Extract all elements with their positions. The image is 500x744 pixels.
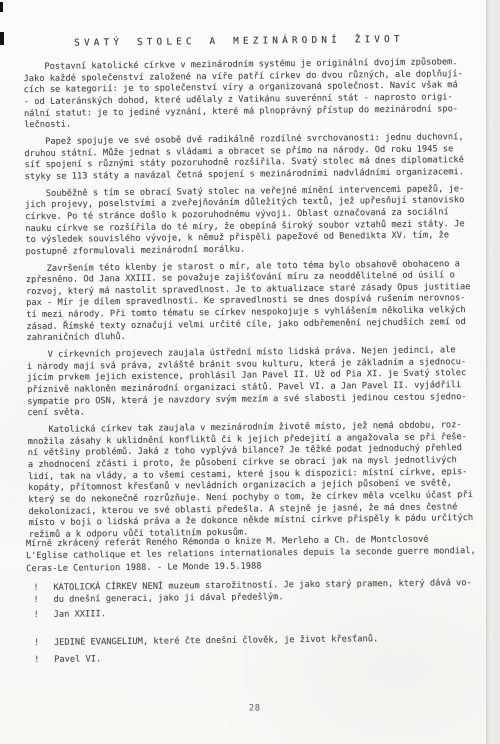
quote-marker: ! ! xyxy=(29,583,53,607)
paragraph: Katolická církev tak zaujala v mezinárod… xyxy=(27,420,480,542)
paragraph: Papež spojuje ve své osobě dvě radikálně… xyxy=(24,132,476,184)
quote-marker: ! xyxy=(30,655,54,667)
quote-attribution: ! Pavel VI. xyxy=(30,650,490,667)
quote-marker: ! xyxy=(30,609,54,621)
quote-attribution-text: Pavel VI. xyxy=(54,650,490,667)
reference-note: Mírně zkrácený referát Reného Rémonda o … xyxy=(26,533,496,575)
quote: ! ! KATOLICKÁ CÍRKEV NENÍ muzeum staroži… xyxy=(29,578,489,607)
document-body: Postavní katolické církve v mezinárodním… xyxy=(23,57,480,547)
quote-attribution-text: Jan XXIII. xyxy=(54,604,490,621)
page-title: SVATÝ STOLEC A MEZINÁRODNÍ ŽIVOT xyxy=(74,34,404,49)
quote: ! JEDINÉ EVANGELIUM, které čte dnešní čl… xyxy=(30,633,490,650)
document-page: SVATÝ STOLEC A MEZINÁRODNÍ ŽIVOT Postavn… xyxy=(0,0,500,744)
quotes-section: ! ! KATOLICKÁ CÍRKEV NENÍ muzeum staroži… xyxy=(29,578,490,667)
paragraph: V církevních projevech zaujala ústřední … xyxy=(27,345,480,420)
paragraph: Souběžně s tím se obrací Svatý stolec na… xyxy=(25,183,478,258)
paragraph: Završením této klenby je starost o mír, … xyxy=(26,258,479,345)
quote-attribution: ! Jan XXIII. xyxy=(30,604,490,621)
quote-text: JEDINÉ EVANGELIUM, které čte dnešní člov… xyxy=(54,633,490,650)
quote-marker: ! xyxy=(30,638,54,650)
quote-text: KATOLICKÁ CÍRKEV NENÍ muzeum starožitnos… xyxy=(53,578,489,607)
page-number: 28 xyxy=(8,701,500,717)
paragraph: Postavní katolické církve v mezinárodním… xyxy=(23,57,476,132)
